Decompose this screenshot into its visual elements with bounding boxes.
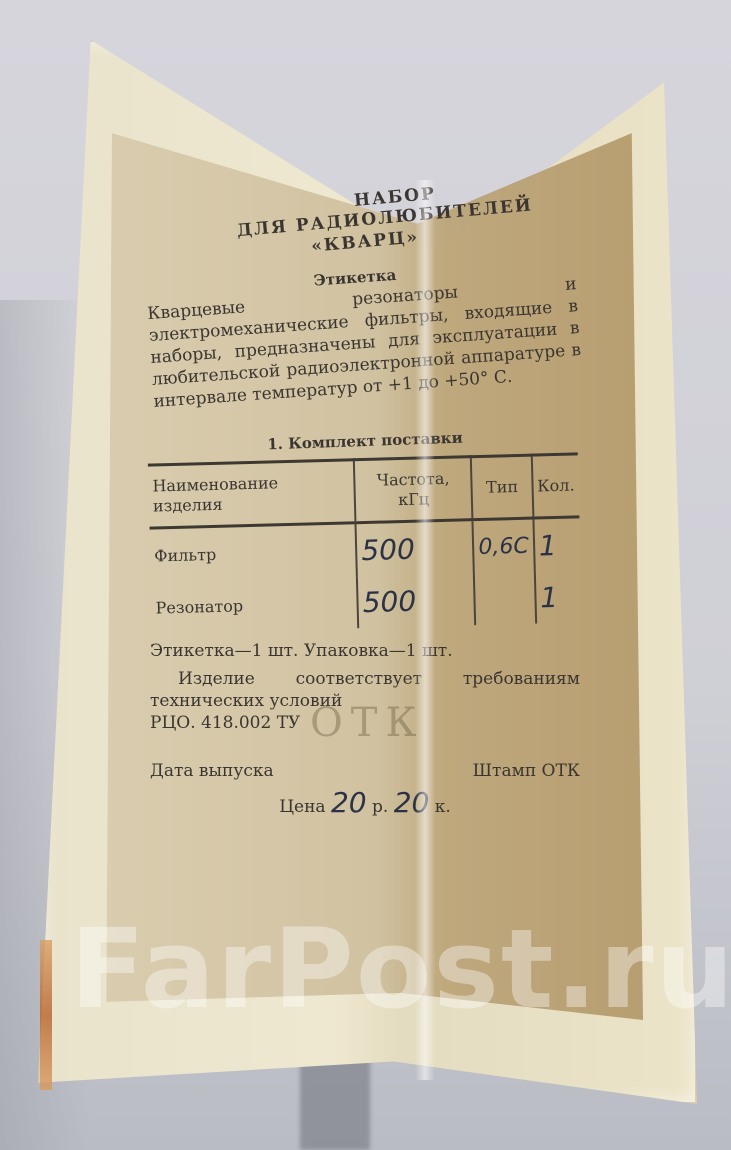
table-leg-shadow xyxy=(300,1060,370,1150)
table-row: Резонатор 500 1 xyxy=(151,570,582,633)
release-date-label: Дата выпуска xyxy=(150,760,274,782)
table-header-row: Наименование изделия Частота, кГц Тип Ко… xyxy=(148,454,580,528)
column-header-type: Тип xyxy=(471,455,533,520)
watermark: FarPost.ru xyxy=(70,905,731,1033)
release-row: Дата выпуска Штамп ОТК xyxy=(150,760,580,782)
price-kop-abbr: к. xyxy=(435,797,451,817)
cell-name: Резонатор xyxy=(151,576,358,633)
label-content: НАБОР ДЛЯ РАДИОЛЮБИТЕЛЕЙ «КВАРЦ» Этикетк… xyxy=(150,190,580,818)
cell-qty: 1 xyxy=(533,517,581,572)
cell-type: 0,6С xyxy=(473,518,535,573)
cell-qty: 1 xyxy=(535,570,583,623)
packaging-line: Этикетка—1 шт. Упаковка—1 шт. xyxy=(150,640,580,662)
delivery-set-table: Наименование изделия Частота, кГц Тип Ко… xyxy=(148,452,582,633)
spec-number: РЦО. 418.002 ТУ xyxy=(150,712,580,734)
column-header-frequency: Частота, кГц xyxy=(354,457,473,523)
price-row: Цена 20 р. 20 к. xyxy=(150,792,580,818)
section-title-delivery-set: 1. Комплект поставки xyxy=(150,425,580,458)
compliance-text: Изделие соответствует требованиям технич… xyxy=(150,668,580,712)
rust-stain xyxy=(40,940,52,1090)
price-label: Цена xyxy=(279,797,325,817)
price-rub-handwritten: 20 xyxy=(331,786,367,819)
column-header-name: Наименование изделия xyxy=(148,460,356,528)
column-header-qty: Кол. xyxy=(531,454,579,518)
otk-stamp-label: Штамп ОТК xyxy=(473,760,580,782)
cell-name: Фильтр xyxy=(150,523,357,582)
cell-type xyxy=(474,572,536,626)
price-rub-abbr: р. xyxy=(372,797,388,817)
